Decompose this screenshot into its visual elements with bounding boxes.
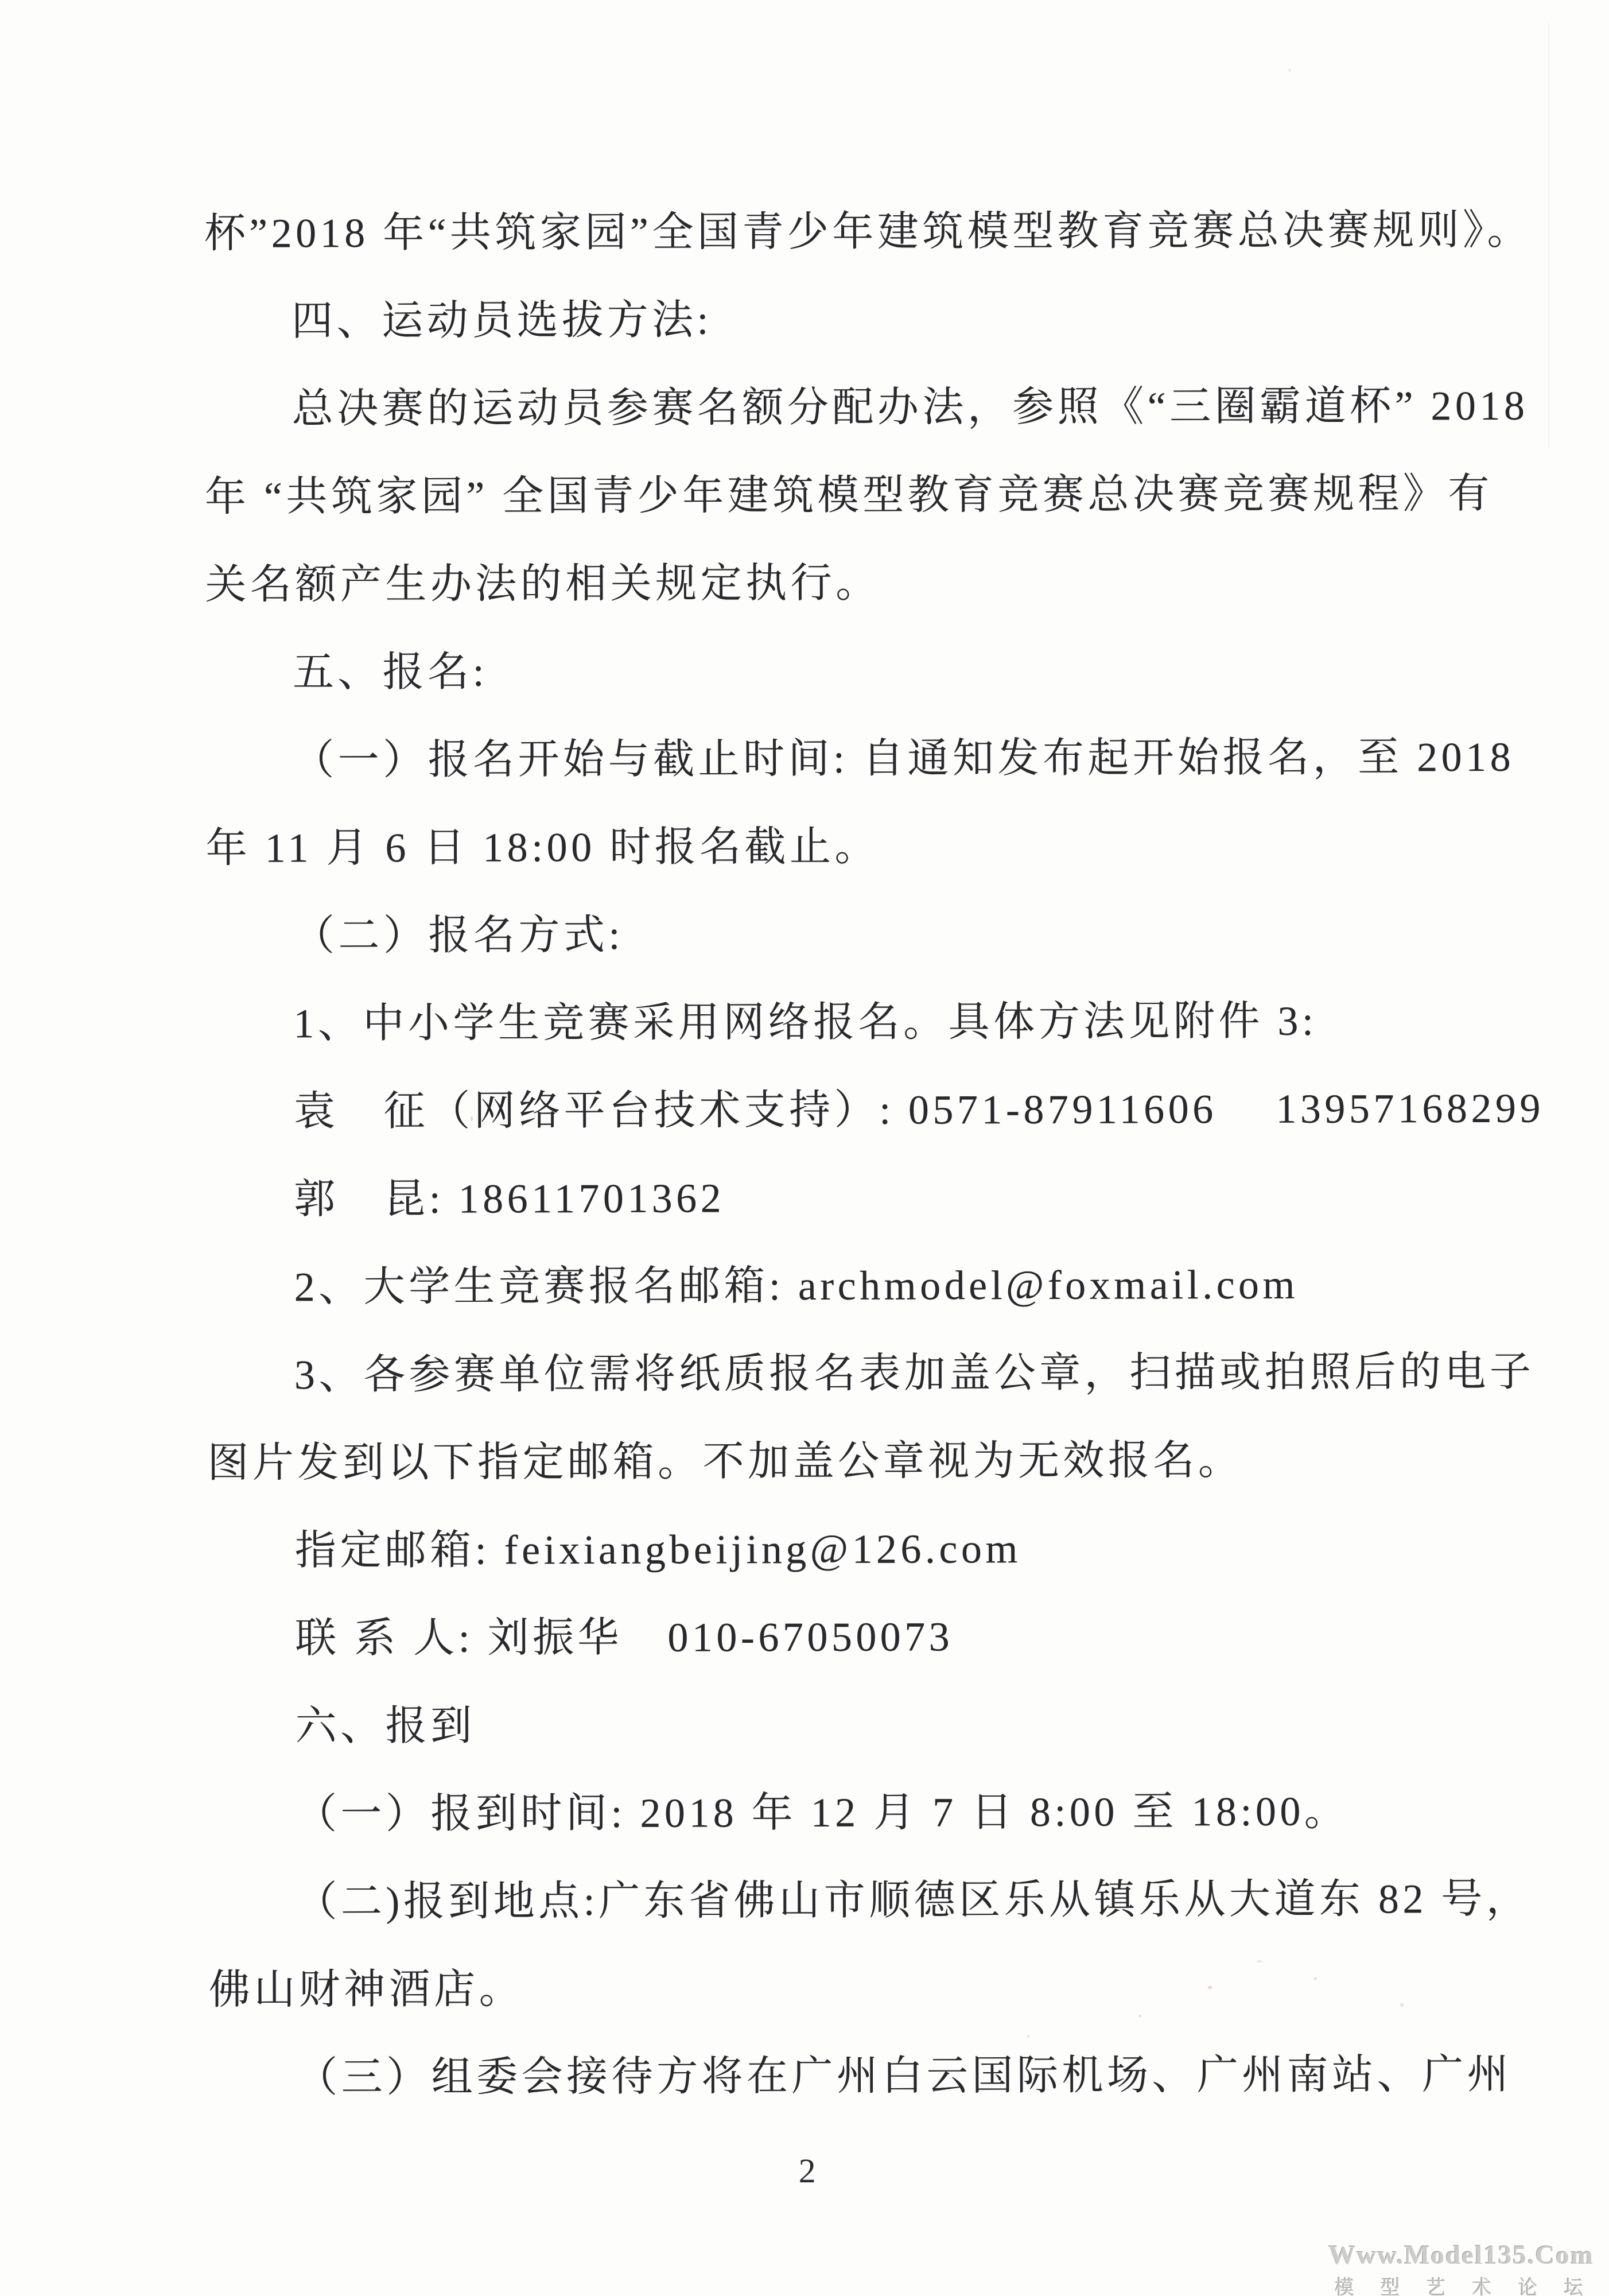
text-line-section-4-heading: 四、运动员选拔方法: xyxy=(292,297,712,344)
text-line-contact-guo-kun: 郭 昆: 18611701362 xyxy=(294,1176,725,1222)
scan-speckle xyxy=(1257,1960,1262,1963)
text-line-contact-yuan-zheng: 袁 征（网络平台技术支持）: 0571-87911606 13957168299 xyxy=(294,1086,1544,1135)
page-number: 2 xyxy=(3,2149,1609,2193)
text-line: 杯”2018 年“共筑家园”全国青少年建筑模型教育竞赛总决赛规则》。 xyxy=(204,208,1532,257)
text-line-contact-liu-zhenhua: 联 系 人: 刘振华 010-67050073 xyxy=(295,1614,953,1661)
text-line-email-designated: 指定邮箱: feixiangbeijing@126.com xyxy=(295,1526,1021,1574)
text-line: 图片发到以下指定邮箱。不加盖公章视为无效报名。 xyxy=(207,1438,1243,1486)
text-line: 年 11 月 6 日 18:00 时报名截止。 xyxy=(206,824,880,871)
text-line-section-6-heading: 六、报到 xyxy=(296,1704,476,1750)
scan-speckle xyxy=(1288,69,1291,72)
scanned-document-page: 杯”2018 年“共筑家园”全国青少年建筑模型教育竞赛总决赛规则》。 四、运动员… xyxy=(0,0,1609,2296)
text-line: 3、各参赛单位需将纸质报名表加盖公章，扫描或拍照后的电子 xyxy=(294,1349,1535,1398)
text-line: 年 “共筑家园” 全国青少年建筑模型教育竞赛总决赛竞赛规程》有 xyxy=(205,471,1493,520)
scan-speckle xyxy=(1314,1977,1317,1980)
scan-speckle xyxy=(1208,1986,1212,1989)
text-line: （二)报到地点:广东省佛山市顺德区乐从镇乐从大道东 82 号， xyxy=(296,1876,1531,1925)
scan-speckle xyxy=(1400,2003,1404,2007)
watermark: Www.Model135.Com 模 型 艺 术 论 坛 xyxy=(1328,2240,1594,2296)
text-line: 总决赛的运动员参赛名额分配办法，参照《“三圈霸道杯” 2018 xyxy=(292,383,1529,432)
scan-speckle xyxy=(1027,2035,1029,2038)
text-line-section-5-heading: 五、报名: xyxy=(293,649,488,695)
watermark-site-url: Www.Model135.Com xyxy=(1328,2240,1594,2271)
text-line: （三）组委会接待方将在广州白云国际机场、广州南站、广州 xyxy=(296,2052,1512,2101)
text-line: （一）报到时间: 2018 年 12 月 7 日 8:00 至 18:00。 xyxy=(296,1789,1349,1837)
text-line: （一）报名开始与截止时间: 自通知发布起开始报名，至 2018 xyxy=(293,735,1514,784)
text-line: 关名额产生办法的相关规定执行。 xyxy=(205,561,880,608)
text-line: 佛山财神酒店。 xyxy=(209,1967,524,2013)
scan-streak xyxy=(1548,23,1549,448)
text-line-email-college: 2、大学生竞赛报名邮箱: archmodel@foxmail.com xyxy=(294,1262,1299,1310)
scan-speckle xyxy=(471,1116,473,1121)
scan-speckle xyxy=(1139,2015,1141,2017)
document-body: 杯”2018 年“共筑家园”全国青少年建筑模型教育竞赛总决赛规则》。 四、运动员… xyxy=(0,0,1609,2296)
watermark-forum-name: 模 型 艺 术 论 坛 xyxy=(1328,2272,1594,2296)
text-line: 1、中小学生竞赛采用网络报名。具体方法见附件 3: xyxy=(293,999,1317,1047)
text-line: （二）报名方式: xyxy=(293,913,624,959)
